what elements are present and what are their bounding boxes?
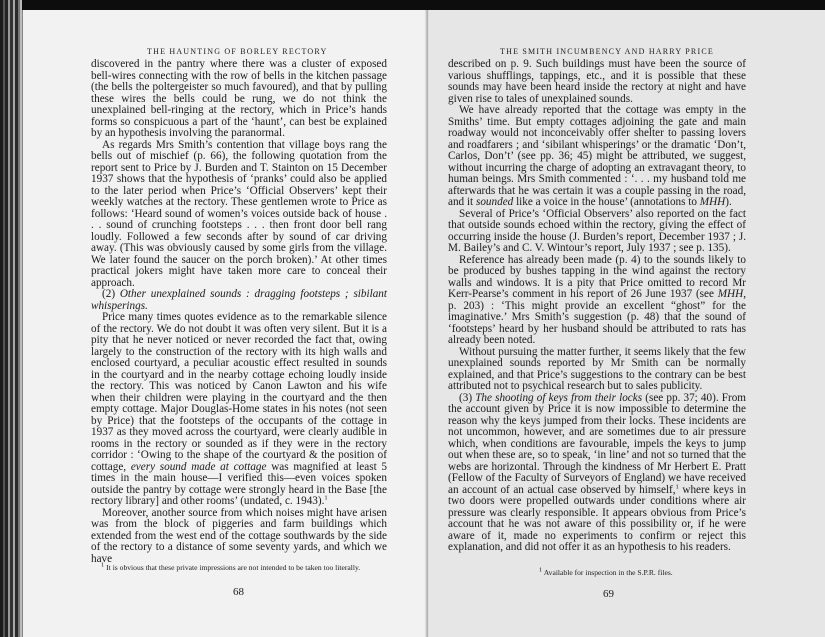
footnote-reference: 1 [324,494,327,501]
section-title: The shooting of keys from their locks [475,392,642,404]
paragraph: Without pursuing the matter further, it … [448,347,746,393]
left-page: THE HAUNTING OF BORLEY RECTORY discovere… [22,10,426,637]
paragraph: Moreover, another source from which nois… [91,508,387,566]
paragraph: Several of Price’s ‘Official Observers’ … [448,209,746,255]
paragraph: described on p. 9. Such buildings must h… [448,59,746,105]
right-page: THE SMITH INCUMBENCY AND HARRY PRICE des… [429,10,825,637]
running-head: THE HAUNTING OF BORLEY RECTORY [147,47,327,56]
book-page-edges [0,0,22,637]
footnote: 1 It is obvious that these private impre… [91,564,387,573]
paragraph: Reference has already been made (p. 4) t… [448,255,746,347]
paragraph: As regards Mrs Smith’s contention that v… [91,140,387,290]
paragraph: discovered in the pantry where there was… [91,59,387,140]
section-paragraph: (3) The shooting of keys from their lock… [448,393,746,554]
section-title: Other unexplained sounds : dragging foot… [91,288,387,312]
body-text: described on p. 9. Such buildings must h… [448,59,746,554]
paragraph: We have already reported that the cottag… [448,105,746,209]
footnote: 1 Available for inspection in the S.P.R.… [529,569,749,578]
section-heading: (2) Other unexplained sounds : dragging … [91,289,387,312]
body-text: discovered in the pantry where there was… [91,59,387,565]
footnote-reference: 1 [676,483,679,490]
running-head: THE SMITH INCUMBENCY AND HARRY PRICE [500,47,714,56]
page-number: 68 [233,586,244,598]
scan-top-shadow [0,0,825,10]
paragraph: Price many times quotes evidence as to t… [91,312,387,508]
page-number: 69 [603,588,614,600]
